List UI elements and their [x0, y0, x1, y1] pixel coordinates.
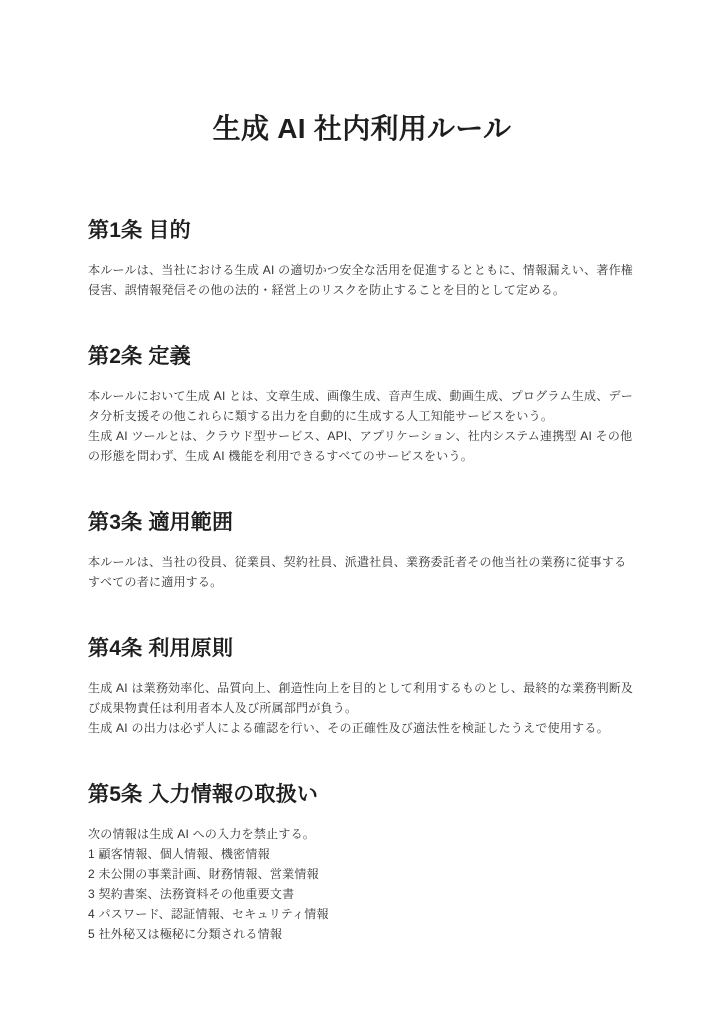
- section-article-3: 第3条 適用範囲 本ルールは、当社の役員、従業員、契約社員、派遣社員、業務委託者…: [88, 510, 636, 592]
- section-3-paragraph: 本ルールは、当社の役員、従業員、契約社員、派遣社員、業務委託者その他当社の業務に…: [88, 552, 636, 592]
- prohibited-item: 4 パスワード、認証情報、セキュリティ情報: [88, 904, 636, 924]
- prohibited-item: 3 契約書案、法務資料その他重要文書: [88, 884, 636, 904]
- section-1-heading: 第1条 目的: [88, 218, 636, 244]
- section-1-paragraph: 本ルールは、当社における生成 AI の適切かつ安全な活用を促進するとともに、情報…: [88, 260, 636, 300]
- section-4-paragraph: 生成 AI の出力は必ず人による確認を行い、その正確性及び適法性を検証したうえで…: [88, 718, 636, 738]
- section-2-heading: 第2条 定義: [88, 344, 636, 370]
- document-page: 生成 AI 社内利用ルール 第1条 目的 本ルールは、当社における生成 AI の…: [0, 0, 724, 1024]
- section-article-4: 第4条 利用原則 生成 AI は業務効率化、品質向上、創造性向上を目的として利用…: [88, 636, 636, 738]
- section-article-1: 第1条 目的 本ルールは、当社における生成 AI の適切かつ安全な活用を促進する…: [88, 218, 636, 300]
- section-article-5: 第5条 入力情報の取扱い 次の情報は生成 AI への入力を禁止する。 1 顧客情…: [88, 782, 636, 944]
- prohibited-item: 1 顧客情報、個人情報、機密情報: [88, 844, 636, 864]
- section-2-paragraph: 本ルールにおいて生成 AI とは、文章生成、画像生成、音声生成、動画生成、プログ…: [88, 386, 636, 426]
- prohibited-item: 2 未公開の事業計画、財務情報、営業情報: [88, 864, 636, 884]
- section-3-heading: 第3条 適用範囲: [88, 510, 636, 536]
- section-5-heading: 第5条 入力情報の取扱い: [88, 782, 636, 808]
- section-2-paragraph: 生成 AI ツールとは、クラウド型サービス、API、アプリケーション、社内システ…: [88, 426, 636, 466]
- section-5-intro: 次の情報は生成 AI への入力を禁止する。: [88, 824, 636, 844]
- section-4-paragraph: 生成 AI は業務効率化、品質向上、創造性向上を目的として利用するものとし、最終…: [88, 678, 636, 718]
- section-4-heading: 第4条 利用原則: [88, 636, 636, 662]
- prohibited-item: 5 社外秘又は極秘に分類される情報: [88, 924, 636, 944]
- page-title: 生成 AI 社内利用ルール: [88, 112, 636, 146]
- section-article-2: 第2条 定義 本ルールにおいて生成 AI とは、文章生成、画像生成、音声生成、動…: [88, 344, 636, 466]
